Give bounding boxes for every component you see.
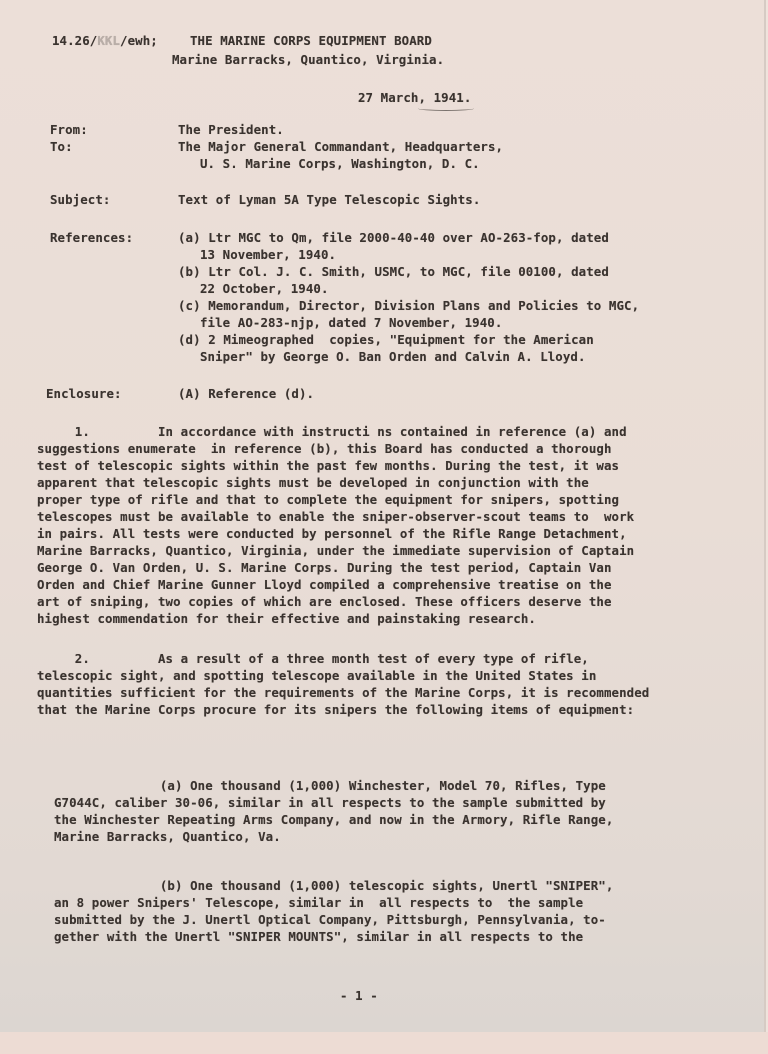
background-strip	[0, 1032, 768, 1054]
paragraph-1-line: proper type of rifle and that to complet…	[37, 492, 619, 507]
paragraph-2-line: quantities sufficient for the requiremen…	[37, 685, 649, 700]
item-a-line: G7044C, caliber 30-06, similar in all re…	[54, 795, 606, 810]
reference-d-line-2: Sniper" by George O. Ban Orden and Calvi…	[200, 349, 586, 364]
organization-name: THE MARINE CORPS EQUIPMENT BOARD	[190, 33, 432, 48]
paragraph-1-line: test of telescopic sights within the pas…	[37, 458, 619, 473]
paragraph-1-line: in pairs. All tests were conducted by pe…	[37, 526, 627, 541]
item-a-line: (a) One thousand (1,000) Winchester, Mod…	[54, 778, 606, 793]
item-b-line: (b) One thousand (1,000) telescopic sigh…	[54, 878, 613, 893]
paragraph-1-line: George O. Van Orden, U. S. Marine Corps.…	[37, 560, 612, 575]
organization-location: Marine Barracks, Quantico, Virginia.	[172, 52, 444, 67]
to-line-1: The Major General Commandant, Headquarte…	[178, 139, 503, 154]
item-a-line: the Winchester Repeating Arms Company, a…	[54, 812, 613, 827]
item-b-line: submitted by the J. Unertl Optical Compa…	[54, 912, 606, 927]
letter-date: 27 March, 1941.	[358, 90, 471, 105]
item-b-line: an 8 power Snipers' Telescope, similar i…	[54, 895, 583, 910]
file-ref-faded: KKL	[97, 33, 120, 48]
paragraph-2-line: 2. As a result of a three month test of …	[37, 651, 589, 666]
to-line-2: U. S. Marine Corps, Washington, D. C.	[200, 156, 480, 171]
paragraph-2-line: that the Marine Corps procure for its sn…	[37, 702, 634, 717]
paragraph-1-line: Marine Barracks, Quantico, Virginia, und…	[37, 543, 634, 558]
paragraph-1-line: apparent that telescopic sights must be …	[37, 475, 589, 490]
subject-value: Text of Lyman 5A Type Telescopic Sights.	[178, 192, 480, 207]
paragraph-1-line: suggestions enumerate in reference (b), …	[37, 441, 612, 456]
paragraph-1-line: telescopes must be available to enable t…	[37, 509, 634, 524]
paragraph-1-line: Orden and Chief Marine Gunner Lloyd comp…	[37, 577, 612, 592]
paragraph-2-line: telescopic sight, and spotting telescope…	[37, 668, 596, 683]
reference-a-line-1: (a) Ltr MGC to Qm, file 2000-40-40 over …	[178, 230, 609, 245]
references-label: References:	[50, 230, 133, 245]
document-page: 14.26/KKL/ewh; THE MARINE CORPS EQUIPMEN…	[0, 0, 766, 1032]
reference-c-line-2: file AO-283-njp, dated 7 November, 1940.	[200, 315, 502, 330]
file-ref-tail: /ewh;	[120, 33, 158, 48]
from-value: The President.	[178, 122, 284, 137]
paragraph-1-line: 1. In accordance with instructi ns conta…	[37, 424, 627, 439]
paragraph-1-line: art of sniping, two copies of which are …	[37, 594, 612, 609]
reference-d-line-1: (d) 2 Mimeographed copies, "Equipment fo…	[178, 332, 594, 347]
file-reference: 14.26/KKL/ewh;	[52, 33, 158, 48]
reference-a-line-2: 13 November, 1940.	[200, 247, 336, 262]
item-a-line: Marine Barracks, Quantico, Va.	[54, 829, 281, 844]
paragraph-1-line: highest commendation for their effective…	[37, 611, 536, 626]
page-number: - 1 -	[340, 988, 378, 1003]
item-b-line: gether with the Unertl "SNIPER MOUNTS", …	[54, 929, 583, 944]
to-label: To:	[50, 139, 73, 154]
enclosure-label: Enclosure:	[46, 386, 122, 401]
file-ref-number: 14.26/	[52, 33, 97, 48]
enclosure-value: (A) Reference (d).	[178, 386, 314, 401]
reference-b-line-2: 22 October, 1940.	[200, 281, 329, 296]
date-underline-mark	[418, 106, 474, 111]
subject-label: Subject:	[50, 192, 110, 207]
reference-c-line-1: (c) Memorandum, Director, Division Plans…	[178, 298, 639, 313]
reference-b-line-1: (b) Ltr Col. J. C. Smith, USMC, to MGC, …	[178, 264, 609, 279]
from-label: From:	[50, 122, 88, 137]
